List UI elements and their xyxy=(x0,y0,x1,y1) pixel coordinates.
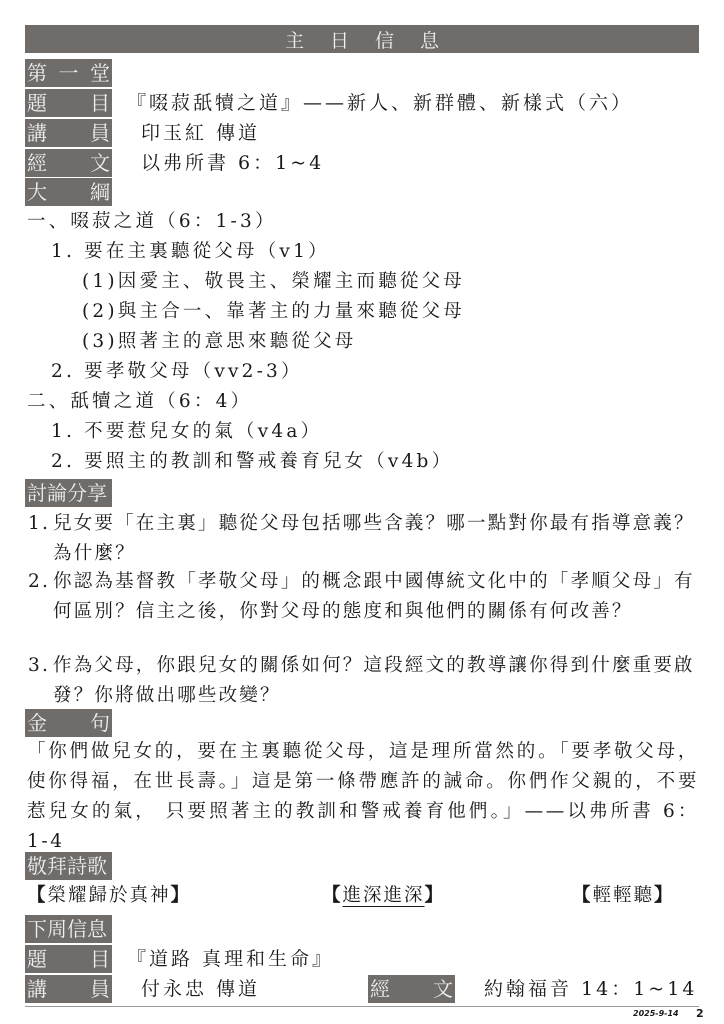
outline-item: 2. 要照主的教訓和警戒養育兒女（v4b） xyxy=(51,448,453,476)
hymn-item: 【進深進深】 xyxy=(322,882,445,910)
discussion-question: 2. 你認為基督教「孝敬父母」的概念跟中國傳統文化中的「孝順父母」有何區別？信主… xyxy=(28,567,700,627)
bracket-close: 】 xyxy=(654,885,675,906)
label-char: 經 xyxy=(370,975,390,1003)
label-char: 經 xyxy=(27,149,47,177)
hymn-item: 【榮耀歸於真神】 xyxy=(27,882,191,910)
sermon-scripture: 以弗所書 6：1~4 xyxy=(141,149,324,177)
bracket-close: 】 xyxy=(425,885,446,906)
topic-label: 題 目 xyxy=(25,89,112,117)
outline-item: 一、啜菽之道（6：1-3） xyxy=(27,208,277,236)
outline-item: (3)照著主的意思來聽從父母 xyxy=(82,328,357,356)
label-char: 題 xyxy=(27,89,47,117)
label-char: 綱 xyxy=(90,178,110,206)
outline-item: 二、舐犢之道（6：4） xyxy=(27,388,252,416)
label-char: 題 xyxy=(27,945,47,973)
label-char: 句 xyxy=(90,709,110,737)
outline-item: 2. 要孝敬父母（vv2-3） xyxy=(51,358,303,386)
label-char: 講 xyxy=(27,975,47,1003)
label-char: 講 xyxy=(27,119,47,147)
label-char: 文 xyxy=(90,149,110,177)
hymn-item: 【輕輕聽】 xyxy=(572,882,675,910)
label-char: 大 xyxy=(27,178,47,206)
scripture-label: 經 文 xyxy=(25,149,112,177)
discussion-label: 討論分享 xyxy=(25,479,112,507)
question-number: 2. xyxy=(28,567,50,597)
bulletin-page: 主日信息 第 一 堂 題 目 『啜菽舐犢之道』——新人、新群體、新樣式（六） 講… xyxy=(0,0,724,1024)
label-char: 第 xyxy=(27,59,47,87)
next-speaker-label: 講 員 xyxy=(25,975,112,1003)
section-label-first-service: 第 一 堂 xyxy=(25,59,112,87)
hymn-title: 榮耀歸於真神 xyxy=(48,885,171,906)
next-scripture: 約翰福音 14：1~14 xyxy=(484,975,697,1003)
label-char: 目 xyxy=(90,89,110,117)
footer-date: 2025-9-14 xyxy=(633,1009,679,1018)
discussion-question: 1. 兒女要「在主裏」聽從父母包括哪些含義？哪一點對你最有指導意義？為什麼？ xyxy=(28,509,700,569)
question-text: 作為父母，你跟兒女的關係如何？這段經文的教導讓你得到什麼重要啟發？你將做出哪些改… xyxy=(28,651,700,711)
next-speaker: 付永忠 傳道 xyxy=(141,975,260,1003)
label-char: 目 xyxy=(90,945,110,973)
outline-label: 大 綱 xyxy=(25,178,112,206)
label-char: 堂 xyxy=(90,59,110,87)
bracket-close: 】 xyxy=(171,885,192,906)
hymn-title: 輕輕聽 xyxy=(593,885,655,906)
next-topic: 『道路 真理和生命』 xyxy=(127,945,334,973)
next-week-label: 下周信息 xyxy=(25,915,112,943)
bracket-open: 【 xyxy=(322,885,343,906)
page-title: 主日信息 xyxy=(25,25,699,53)
outline-item: 1. 要在主裏聽從父母（v1） xyxy=(51,238,330,266)
outline-item: (2)與主合一、靠著主的力量來聽從父母 xyxy=(82,298,465,326)
next-topic-label: 題 目 xyxy=(25,945,112,973)
bracket-open: 【 xyxy=(572,885,593,906)
outline-item: (1)因愛主、敬畏主、榮耀主而聽從父母 xyxy=(82,268,465,296)
footer-divider xyxy=(25,1006,699,1007)
hymns-label: 敬拜詩歌 xyxy=(25,852,112,880)
question-number: 1. xyxy=(28,509,50,539)
sermon-speaker: 印玉紅 傳道 xyxy=(141,119,260,147)
hymn-title: 進深進深 xyxy=(343,885,425,906)
next-scripture-label: 經 文 xyxy=(368,975,455,1003)
golden-verse-label: 金 句 xyxy=(25,709,112,737)
speaker-label: 講 員 xyxy=(25,119,112,147)
label-char: 員 xyxy=(90,975,110,1003)
sermon-topic: 『啜菽舐犢之道』——新人、新群體、新樣式（六） xyxy=(127,89,633,117)
question-text: 兒女要「在主裏」聽從父母包括哪些含義？哪一點對你最有指導意義？為什麼？ xyxy=(28,509,700,569)
discussion-question: 3. 作為父母，你跟兒女的關係如何？這段經文的教導讓你得到什麼重要啟發？你將做出… xyxy=(28,651,700,711)
golden-verse-text: 「你們做兒女的，要在主裏聽從父母，這是理所當然的。「要孝敬父母，使你得福，在世長… xyxy=(27,737,699,857)
outline-item: 1. 不要惹兒女的氣（v4a） xyxy=(51,418,322,446)
page-number: 2 xyxy=(696,1007,704,1020)
label-char: 文 xyxy=(433,975,453,1003)
label-char: 一 xyxy=(59,59,79,87)
question-text: 你認為基督教「孝敬父母」的概念跟中國傳統文化中的「孝順父母」有何區別？信主之後，… xyxy=(28,567,700,627)
bracket-open: 【 xyxy=(27,885,48,906)
label-char: 員 xyxy=(90,119,110,147)
question-number: 3. xyxy=(28,651,50,681)
label-char: 金 xyxy=(27,709,47,737)
